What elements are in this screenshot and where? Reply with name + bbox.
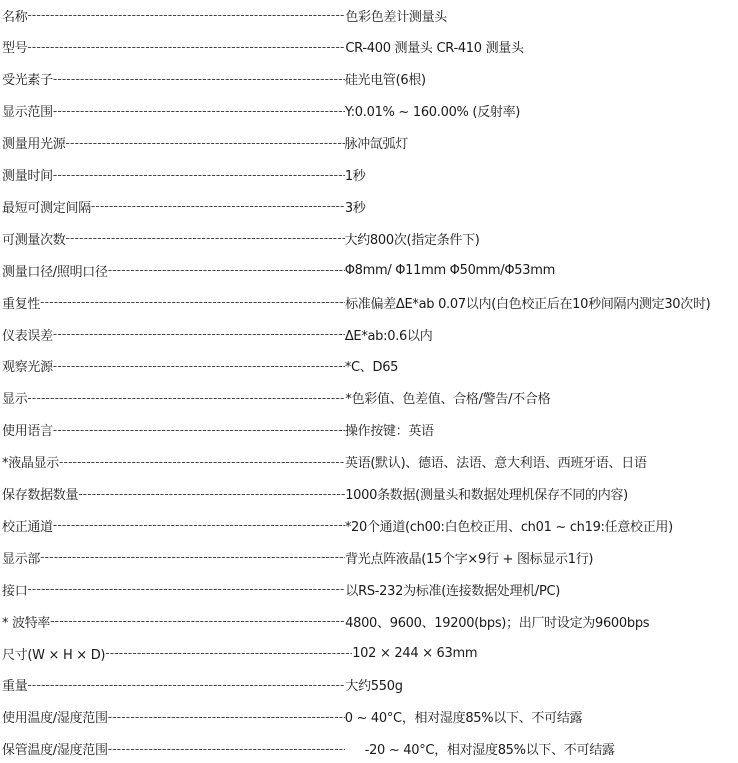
spec-label: 测量口径/照明口径: [2, 261, 108, 280]
spec-row: 测量口径/照明口径-------------------------------…: [2, 259, 555, 281]
spec-row: 可测量次数-----------------------------------…: [2, 227, 480, 249]
spec-label: 受光素子: [2, 69, 53, 88]
spec-row: 最短可测定间隔---------------------------------…: [2, 195, 366, 217]
spec-row: 测量用光源-----------------------------------…: [2, 132, 408, 154]
dashed-leader: ----------------------------------------…: [91, 199, 345, 213]
spec-label: 仪表误差: [2, 325, 53, 344]
dashed-leader: ----------------------------------------…: [27, 678, 345, 692]
spec-label: 使用语言: [2, 420, 53, 439]
spec-row: 保存数据数量----------------------------------…: [2, 483, 628, 505]
dashed-leader: ----------------------------------------…: [53, 104, 345, 118]
dashed-leader: ----------------------------------------…: [108, 710, 345, 724]
dashed-leader: ----------------------------------------…: [40, 295, 345, 309]
spec-row: 名称--------------------------------------…: [2, 4, 447, 26]
dashed-leader: ----------------------------------------…: [53, 168, 345, 182]
spec-value: 操作按键：英语: [345, 420, 434, 439]
spec-value: 英语(默认)、德语、法语、意大利语、西班牙语、日语: [345, 452, 647, 471]
spec-label: 尺寸(W × H × D): [2, 644, 105, 663]
spec-row: 重复性-------------------------------------…: [2, 291, 710, 313]
spec-row: 保管温度/湿度范围-------------------------------…: [2, 738, 615, 760]
spec-label: 校正通道: [2, 516, 53, 535]
spec-label: 观察光源: [2, 356, 53, 375]
spec-value: 脉冲氙弧灯: [345, 133, 409, 152]
spec-value: *C、D65: [345, 356, 398, 375]
dashed-leader: ----------------------------------------…: [53, 359, 345, 373]
dashed-leader: ----------------------------------------…: [53, 327, 345, 341]
spec-label: 重复性: [2, 293, 40, 312]
spec-label: 测量时间: [2, 165, 53, 184]
spec-label: 显示部: [2, 548, 40, 567]
spec-label: 显示: [2, 388, 27, 407]
dashed-leader: ----------------------------------------…: [27, 582, 345, 596]
dashed-leader: ----------------------------------------…: [66, 136, 345, 150]
spec-row: *液晶显示-----------------------------------…: [2, 451, 647, 473]
spec-label: 名称: [2, 6, 27, 25]
dashed-leader: ----------------------------------------…: [53, 72, 345, 86]
dashed-leader: ----------------------------------------…: [50, 614, 345, 628]
dashed-leader: ----------------------------------------…: [27, 8, 345, 22]
spec-value: CR-400 测量头 CR-410 测量头: [345, 37, 523, 56]
spec-label: 显示范围: [2, 101, 53, 120]
spec-value: -20 ~ 40°C，相对湿度85%以下、不可结露: [365, 739, 615, 758]
spec-label: * 波特率: [2, 612, 50, 631]
spec-label: 接口: [2, 580, 27, 599]
spec-value: 3秒: [345, 197, 366, 216]
spec-label: 型号: [2, 37, 27, 56]
spec-value: 0 ~ 40°C，相对湿度85%以下、不可结露: [345, 707, 583, 726]
spec-row: 型号--------------------------------------…: [2, 36, 524, 58]
spec-row: 使用语言------------------------------------…: [2, 419, 434, 441]
spec-value: 以RS-232为标准(连接数据处理机/PC): [345, 580, 560, 599]
dashed-leader: ----------------------------------------…: [27, 40, 345, 54]
dashed-leader: ----------------------------------------…: [27, 391, 345, 405]
spec-value: 大约800次(指定条件下): [345, 229, 480, 248]
spec-row: 接口--------------------------------------…: [2, 578, 560, 600]
spec-row: 显示部-------------------------------------…: [2, 546, 593, 568]
spec-value: 背光点阵液晶(15个字×9行 + 图标显示1行): [345, 548, 593, 567]
dashed-leader: ----------------------------------------…: [105, 646, 352, 660]
spec-row: 显示--------------------------------------…: [2, 387, 550, 409]
spec-row: 测量时间------------------------------------…: [2, 164, 365, 186]
spec-label: 保存数据数量: [2, 484, 78, 503]
spec-value: 大约550g: [345, 675, 402, 694]
spec-label: 保管温度/湿度范围: [2, 739, 108, 758]
dashed-leader: ----------------------------------------…: [78, 487, 345, 501]
spec-row: 重量--------------------------------------…: [2, 674, 403, 696]
spec-label: 使用温度/湿度范围: [2, 707, 108, 726]
spec-row: 观察光源------------------------------------…: [2, 355, 398, 377]
spec-label: 最短可测定间隔: [2, 197, 91, 216]
spec-label: 可测量次数: [2, 229, 66, 248]
spec-row: 使用温度/湿度范围-------------------------------…: [2, 706, 582, 728]
spec-value: 4800、9600、19200(bps)；出厂时设定为9600bps: [345, 612, 649, 631]
spec-value: 色彩色差计测量头: [345, 6, 447, 25]
spec-row: 尺寸(W × H × D) --------------------------…: [2, 642, 477, 664]
dashed-leader: ----------------------------------------…: [53, 423, 345, 437]
spec-value: Y:0.01% ~ 160.00% (反射率): [345, 101, 520, 120]
spec-value: 硅光电管(6根): [345, 69, 426, 88]
spec-row: 受光素子------------------------------------…: [2, 68, 426, 90]
spec-row: * 波特率-----------------------------------…: [2, 610, 649, 632]
dashed-leader: ----------------------------------------…: [108, 742, 345, 756]
spec-value: 1秒: [345, 165, 366, 184]
spec-row: 仪表误差------------------------------------…: [2, 323, 432, 345]
spec-label: 测量用光源: [2, 133, 66, 152]
spec-row: 显示范围------------------------------------…: [2, 100, 520, 122]
spec-value: *20个通道(ch00:白色校正用、ch01 ~ ch19:任意校正用): [345, 516, 673, 535]
dashed-leader: ----------------------------------------…: [53, 518, 345, 532]
dashed-leader: ----------------------------------------…: [40, 550, 345, 564]
spec-value: Φ8mm/ Φ11mm Φ50mm/Φ53mm: [345, 263, 555, 278]
spec-label: *液晶显示: [2, 452, 59, 471]
spec-label: 重量: [2, 675, 27, 694]
spec-value: 1000条数据(测量头和数据处理机保存不同的内容): [345, 484, 628, 503]
dashed-leader: ----------------------------------------…: [66, 231, 345, 245]
spec-value: 102 × 244 × 63mm: [352, 646, 477, 661]
dashed-leader: ----------------------------------------…: [108, 263, 345, 277]
spec-value: 标准偏差ΔE*ab 0.07以内(白色校正后在10秒间隔内测定30次时): [345, 293, 710, 312]
spec-row: 校正通道------------------------------------…: [2, 514, 673, 536]
spec-value: ΔE*ab:0.6以内: [345, 325, 433, 344]
dashed-leader: ----------------------------------------…: [59, 455, 345, 469]
spec-value: *色彩值、色差值、合格/警告/不合格: [345, 388, 550, 407]
